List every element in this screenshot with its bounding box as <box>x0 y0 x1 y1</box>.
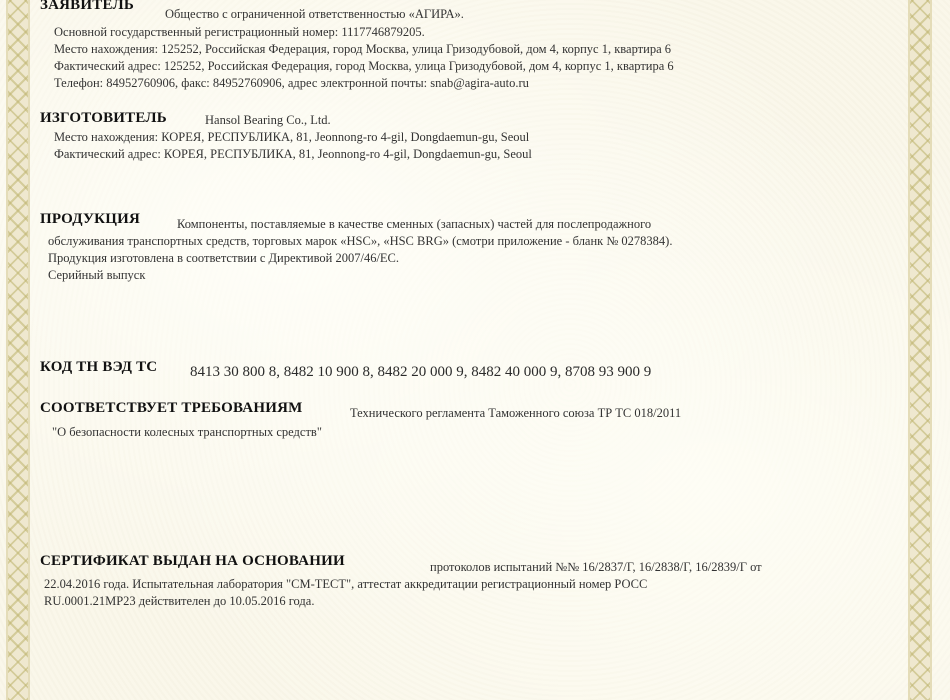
applicant-name: Общество с ограниченной ответственностью… <box>165 7 464 22</box>
applicant-heading: ЗАЯВИТЕЛЬ <box>40 0 134 14</box>
product-serial: Серийный выпуск <box>48 268 145 283</box>
left-ornamental-border <box>6 0 30 700</box>
manufacturer-actual-address: Фактический адрес: КОРЕЯ, РЕСПУБЛИКА, 81… <box>54 147 532 162</box>
product-description: Компоненты, поставляемые в качестве смен… <box>177 217 651 232</box>
applicant-location: Место нахождения: 125252, Российская Фед… <box>54 42 671 57</box>
basis-accreditation: RU.0001.21МР23 действителен до 10.05.201… <box>44 594 314 609</box>
applicant-ogrn: Основной государственный регистрационный… <box>54 25 425 40</box>
manufacturer-heading: ИЗГОТОВИТЕЛЬ <box>40 110 167 127</box>
basis-protocols: протоколов испытаний №№ 16/2837/Г, 16/28… <box>430 560 762 575</box>
manufacturer-name: Hansol Bearing Co., Ltd. <box>205 113 331 128</box>
basis-laboratory: 22.04.2016 года. Испытательная лаборатор… <box>44 577 647 592</box>
hs-code-value: 8413 30 800 8, 8482 10 900 8, 8482 20 00… <box>190 364 651 381</box>
product-trademarks: обслуживания транспортных средств, торго… <box>48 234 672 249</box>
applicant-contacts: Телефон: 84952760906, факс: 84952760906,… <box>54 76 529 91</box>
manufacturer-location: Место нахождения: КОРЕЯ, РЕСПУБЛИКА, 81,… <box>54 130 529 145</box>
basis-heading: СЕРТИФИКАТ ВЫДАН НА ОСНОВАНИИ <box>40 553 345 570</box>
product-heading: ПРОДУКЦИЯ <box>40 211 140 228</box>
applicant-actual-address: Фактический адрес: 125252, Российская Фе… <box>54 59 674 74</box>
hs-code-heading: КОД ТН ВЭД ТС <box>40 359 157 376</box>
product-directive: Продукция изготовлена в соответствии с Д… <box>48 251 399 266</box>
conformity-regulation-title: "О безопасности колесных транспортных ср… <box>52 425 322 440</box>
conformity-regulation: Технического регламента Таможенного союз… <box>350 406 681 421</box>
conformity-heading: СООТВЕТСТВУЕТ ТРЕБОВАНИЯМ <box>40 400 302 417</box>
right-ornamental-border <box>908 0 932 700</box>
